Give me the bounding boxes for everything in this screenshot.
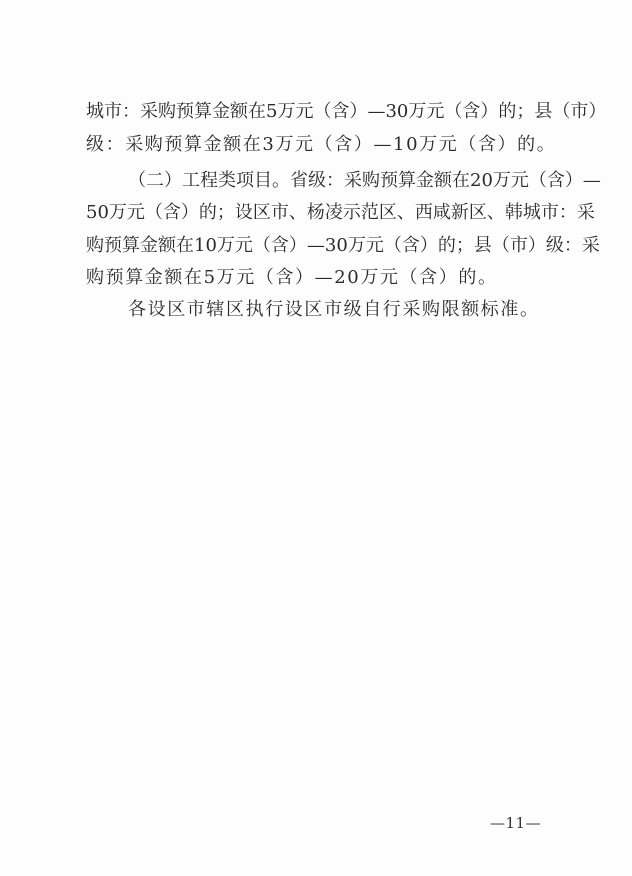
text-char: 含 (163, 201, 181, 225)
text-char: 算 (194, 100, 212, 124)
text-char: 目 (254, 169, 272, 193)
text-char: — (307, 234, 325, 258)
text-char: 含 (402, 234, 420, 258)
text-char: 市 (104, 100, 122, 124)
text-char: 万 (348, 234, 366, 258)
text-char: 范 (361, 201, 379, 225)
text-char: 含 (271, 234, 289, 258)
text-char: ） (181, 201, 199, 225)
text-line-7: 各设区市辖区执行设区市级自行采购限额标准。 (128, 298, 540, 322)
text-char: 工 (182, 169, 200, 193)
text-char: 万 (109, 201, 127, 225)
text-char: 购 (86, 234, 104, 258)
text-char: 购 (158, 100, 176, 124)
text-char: 的 (438, 234, 456, 258)
text-char: 新 (451, 201, 469, 225)
text-line-1: 城市：采购预算金额在5万元（含）—30万元（含）的；县（市） (86, 100, 550, 124)
text-char: 市 (570, 100, 588, 124)
text-char: （ (384, 234, 402, 258)
text-char: 区 (379, 201, 397, 225)
text-char: 在 (452, 169, 470, 193)
text-char: ） (565, 169, 583, 193)
text-char: ） (420, 234, 438, 258)
text-line-4: 50万元（含）的；设区市、杨凌示范区、西咸新区、韩城市：采 (86, 201, 550, 225)
text-char: ： (559, 201, 577, 225)
text-char: 省 (290, 169, 308, 193)
text-char: 市 (541, 201, 559, 225)
text-char: 算 (398, 169, 416, 193)
text-char: 额 (158, 234, 176, 258)
text-char: ； (456, 234, 474, 258)
text-char: 在 (176, 234, 194, 258)
text-char: 元 (366, 234, 384, 258)
text-char: — (367, 100, 385, 124)
text-char: ） (289, 234, 307, 258)
text-char: 元 (127, 201, 145, 225)
text-char: 万 (217, 234, 235, 258)
text-char: 西 (415, 201, 433, 225)
text-char: 购 (362, 169, 380, 193)
text-char: 类 (218, 169, 236, 193)
text-char: 预 (380, 169, 398, 193)
text-char: （ (444, 100, 462, 124)
text-char: 咸 (433, 201, 451, 225)
text-char: 元 (295, 100, 313, 124)
text-char: 50 (86, 201, 109, 225)
text-char: 额 (230, 100, 248, 124)
text-char: （ (552, 100, 570, 124)
text-char: 10 (194, 234, 217, 258)
text-char: 市 (271, 201, 289, 225)
text-line-5: 购预算金额在10万元（含）—30万元（含）的；县（市）级：采 (86, 234, 550, 258)
text-char: 金 (416, 169, 434, 193)
text-char: 市 (510, 234, 528, 258)
text-char: （ (492, 234, 510, 258)
page-number: —11— (490, 814, 541, 832)
text-char: 采 (582, 234, 600, 258)
text-char: ） (480, 100, 498, 124)
text-char: 区 (253, 201, 271, 225)
text-line-3: （二）工程类项目。省级：采购预算金额在20万元（含）— (128, 169, 550, 193)
text-char: 县 (474, 234, 492, 258)
text-char: 杨 (307, 201, 325, 225)
text-char: 万 (277, 100, 295, 124)
text-char: 在 (248, 100, 266, 124)
text-char: 设 (235, 201, 253, 225)
text-line-2: 级：采购预算金额在3万元（含）—10万元（含）的。 (86, 133, 556, 157)
text-char: 含 (547, 169, 565, 193)
text-char: 额 (434, 169, 452, 193)
text-char: 元 (511, 169, 529, 193)
text-char: 金 (140, 234, 158, 258)
text-char: 程 (200, 169, 218, 193)
text-char: ； (217, 201, 235, 225)
text-char: 、 (487, 201, 505, 225)
text-char: 的 (199, 201, 217, 225)
text-char: ） (588, 100, 606, 124)
text-char: 、 (397, 201, 415, 225)
text-char: 韩 (505, 201, 523, 225)
text-char: （ (313, 100, 331, 124)
text-char: ） (349, 100, 367, 124)
text-line-6: 购预算金额在5万元（含）—20万元（含）的。 (86, 266, 498, 290)
text-char: 县 (534, 100, 552, 124)
text-char: 金 (212, 100, 230, 124)
text-char: ： (564, 234, 582, 258)
text-char: 元 (235, 234, 253, 258)
text-char: ） (528, 234, 546, 258)
text-char: 示 (343, 201, 361, 225)
text-char: 元 (426, 100, 444, 124)
text-char: （ (529, 169, 547, 193)
text-char: 、 (289, 201, 307, 225)
text-char: 万 (493, 169, 511, 193)
text-char: 万 (408, 100, 426, 124)
text-char: 5 (266, 100, 277, 124)
text-char: 采 (344, 169, 362, 193)
text-char: 级 (308, 169, 326, 193)
text-char: 项 (236, 169, 254, 193)
text-char: — (583, 169, 601, 193)
text-char: 级 (546, 234, 564, 258)
text-char: 二 (146, 169, 164, 193)
text-char: 含 (462, 100, 480, 124)
text-char: 预 (176, 100, 194, 124)
text-char: 的 (498, 100, 516, 124)
text-char: 凌 (325, 201, 343, 225)
text-char: （ (145, 201, 163, 225)
text-char: 城 (523, 201, 541, 225)
text-char: 算 (122, 234, 140, 258)
text-char: 。 (272, 169, 290, 193)
text-char: 预 (104, 234, 122, 258)
text-char: （ (253, 234, 271, 258)
text-char: 30 (325, 234, 348, 258)
text-char: ： (326, 169, 344, 193)
text-char: 城 (86, 100, 104, 124)
text-char: ： (122, 100, 140, 124)
text-char: 采 (577, 201, 595, 225)
text-char: 20 (470, 169, 493, 193)
text-char: 含 (331, 100, 349, 124)
text-char: ； (516, 100, 534, 124)
document-page: 城市：采购预算金额在5万元（含）—30万元（含）的；县（市） 级：采购预算金额在… (0, 0, 632, 876)
text-char: 采 (140, 100, 158, 124)
text-char: 30 (385, 100, 408, 124)
text-char: ） (164, 169, 182, 193)
text-char: 区 (469, 201, 487, 225)
text-char: （ (128, 169, 146, 193)
